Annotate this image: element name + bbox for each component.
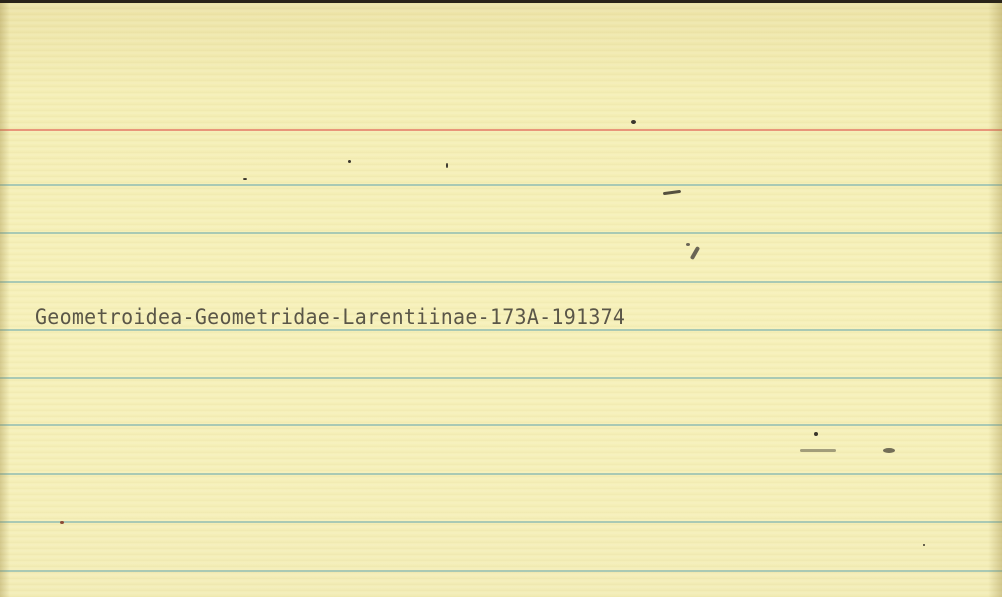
pencil-mark xyxy=(690,246,700,260)
ruled-line xyxy=(0,521,1002,523)
ink-speck xyxy=(814,432,818,436)
smudge xyxy=(883,448,895,453)
ruled-line xyxy=(0,377,1002,379)
ruled-line xyxy=(0,473,1002,475)
header-red-rule xyxy=(0,129,1002,131)
smudge xyxy=(800,449,836,452)
ink-speck xyxy=(923,544,925,546)
ink-speck xyxy=(243,178,247,180)
ink-speck xyxy=(631,120,636,124)
pencil-mark xyxy=(663,190,681,195)
ruled-line xyxy=(0,232,1002,234)
ruled-line xyxy=(0,281,1002,283)
ink-speck xyxy=(60,521,64,524)
ruled-line xyxy=(0,424,1002,426)
ruled-line xyxy=(0,570,1002,572)
card-edge-shadow xyxy=(988,3,1002,597)
ink-speck xyxy=(446,163,448,168)
pencil-mark xyxy=(686,243,690,246)
specimen-label: Geometroidea-Geometridae-Larentiinae-173… xyxy=(35,305,625,329)
ruled-line xyxy=(0,184,1002,186)
ruled-line xyxy=(0,329,1002,331)
index-card: Geometroidea-Geometridae-Larentiinae-173… xyxy=(0,3,1002,597)
ink-speck xyxy=(348,160,351,163)
